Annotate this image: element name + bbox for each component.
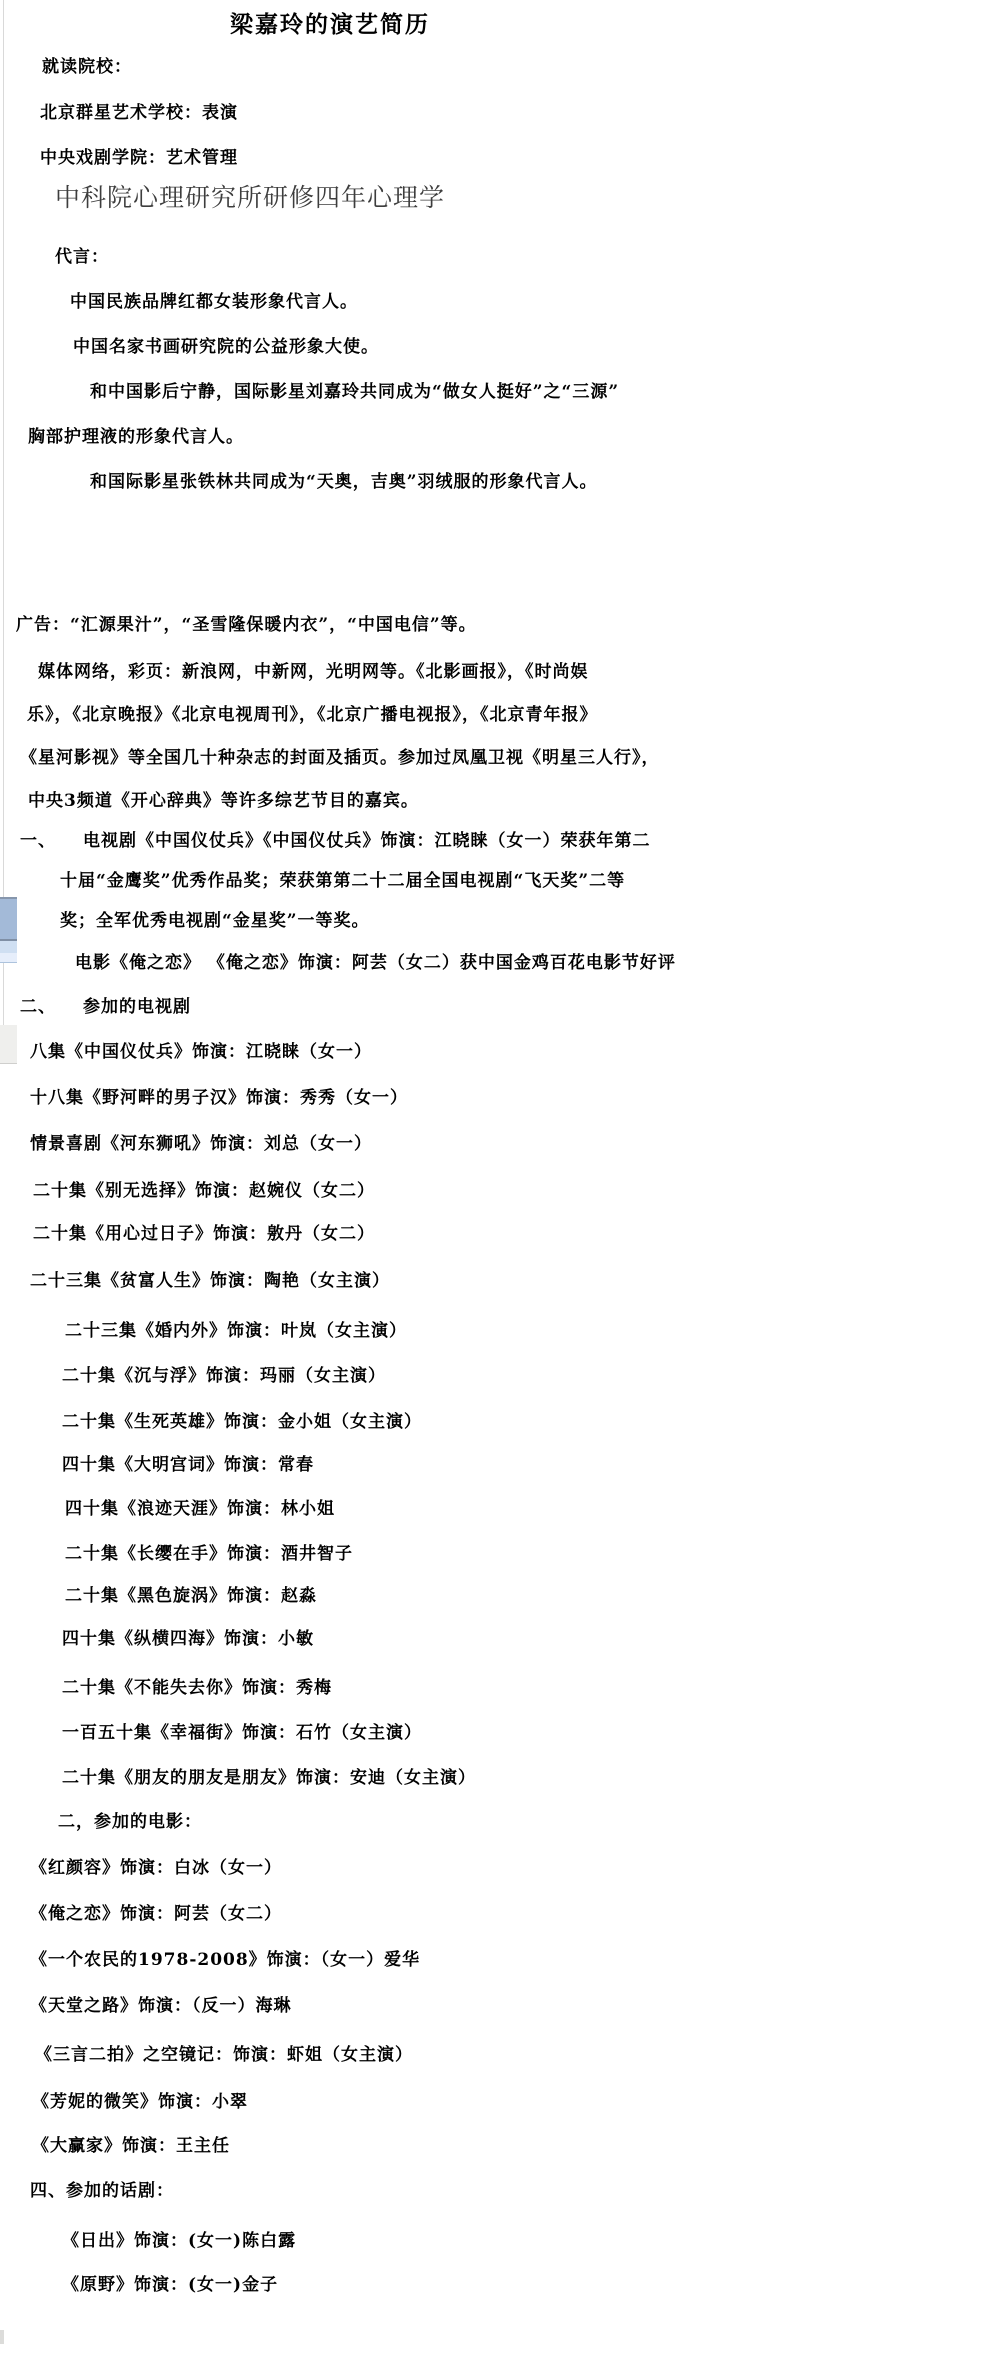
tv-series-item: 一百五十集《幸福街》饰演：石竹（女主演） — [62, 1718, 422, 1743]
play-item: 《原野》饰演：(女一)金子 — [62, 2270, 278, 2295]
film-item: 《大赢家》饰演：王主任 — [32, 2131, 230, 2156]
tv-series-item: 四十集《大明宫词》饰演：常春 — [62, 1450, 314, 1475]
education-heading: 就读院校： — [42, 52, 132, 77]
section-two-marker: 二、 — [20, 992, 56, 1017]
film-item: 《一个农民的1978-2008》饰演：（女一）爱华 — [30, 1945, 420, 1970]
endorsement-line: 胸部护理液的形象代言人。 — [28, 422, 244, 447]
tv-series-item: 二十三集《婚内外》饰演：叶岚（女主演） — [65, 1316, 407, 1341]
tv-series-item: 二十集《不能失去你》饰演：秀梅 — [62, 1673, 332, 1698]
education-item: 北京群星艺术学校：表演 — [40, 98, 238, 123]
tv-series-item: 二十集《生死英雄》饰演：金小姐（女主演） — [62, 1407, 422, 1432]
tv-series-item: 八集《中国仪仗兵》饰演：江晓睐（女一） — [30, 1037, 372, 1062]
endorsement-heading: 代言： — [55, 242, 109, 267]
tv-series-item: 二十集《用心过日子》饰演：敫丹（女二） — [33, 1219, 375, 1244]
film-award-line: 电影《俺之恋》 《俺之恋》饰演：阿芸（女二）获中国金鸡百花电影节好评 — [75, 948, 676, 973]
media-line: 乐》，《北京晚报》《北京电视周刊》，《北京广播电视报》，《北京青年报》 — [27, 700, 598, 725]
ads-line: 广告：“汇源果汁”，“圣雪隆保暖内衣”，“中国电信”等。 — [16, 610, 477, 635]
award-line: 奖；全军优秀电视剧“金星奖”一等奖。 — [60, 906, 370, 931]
endorsement-line: 中国名家书画研究院的公益形象大使。 — [73, 332, 379, 357]
award-line: 十届“金鹰奖”优秀作品奖；荣获第第二十二届全国电视剧“飞天奖”二等 — [60, 866, 625, 891]
education-item: 中央戏剧学院：艺术管理 — [40, 143, 238, 168]
left-edge-panel-fragment — [0, 941, 17, 953]
left-edge-panel-fragment — [0, 897, 17, 941]
endorsement-line: 和中国影后宁静，国际影星刘嘉玲共同成为“做女人挺好”之“三源” — [90, 377, 619, 402]
award-line: 电视剧《中国仪仗兵》《中国仪仗兵》饰演：江晓睐（女一）荣获年第二 — [83, 826, 651, 851]
media-line: 《星河影视》等全国几十种杂志的封面及插页。参加过凤凰卫视《明星三人行》， — [20, 743, 660, 768]
tv-series-item: 二十集《朋友的朋友是朋友》饰演：安迪（女主演） — [62, 1763, 476, 1788]
tv-series-heading: 参加的电视剧 — [83, 992, 191, 1017]
media-line: 媒体网络，彩页：新浪网，中新网，光明网等。《北影画报》，《时尚娱 — [38, 657, 589, 682]
psychology-note: 中科院心理研究所研修四年心理学 — [55, 178, 445, 214]
left-edge-panel-fragment — [0, 953, 17, 963]
tv-series-item: 十八集《野河畔的男子汉》饰演：秀秀（女一） — [30, 1083, 408, 1108]
film-item: 《红颜容》饰演：白冰（女一） — [30, 1853, 282, 1878]
tv-series-item: 四十集《浪迹天涯》饰演：林小姐 — [65, 1494, 335, 1519]
play-item: 《日出》饰演：(女一)陈白露 — [62, 2226, 296, 2251]
tv-series-item: 情景喜剧《河东狮吼》饰演：刘总（女一） — [30, 1129, 372, 1154]
plays-heading: 四、参加的话剧： — [30, 2176, 174, 2201]
endorsement-line: 中国民族品牌红都女装形象代言人。 — [70, 287, 358, 312]
film-item: 《芳妮的微笑》饰演：小翠 — [32, 2087, 248, 2112]
tv-series-item: 二十集《别无选择》饰演：赵婉仪（女二） — [33, 1176, 375, 1201]
film-item: 《天堂之路》饰演：（反一）海琳 — [30, 1991, 292, 2016]
endorsement-line: 和国际影星张铁林共同成为“天奥，吉奥”羽绒服的形象代言人。 — [90, 467, 598, 492]
page-title: 梁嘉玲的演艺简历 — [0, 6, 660, 39]
tv-series-item: 二十集《沉与浮》饰演：玛丽（女主演） — [62, 1361, 386, 1386]
tv-series-item: 四十集《纵横四海》饰演：小敏 — [62, 1624, 314, 1649]
left-edge-panel-fragment — [0, 2330, 4, 2344]
section-one-marker: 一、 — [20, 826, 56, 851]
film-item: 《俺之恋》饰演：阿芸（女二） — [30, 1899, 282, 1924]
media-line: 中央3频道《开心辞典》等许多综艺节目的嘉宾。 — [28, 786, 419, 811]
resume-page: 梁嘉玲的演艺简历 就读院校： 北京群星艺术学校：表演 中央戏剧学院：艺术管理 中… — [0, 0, 997, 2373]
film-item: 《三言二拍》之空镜记：饰演：虾姐（女主演） — [35, 2040, 413, 2065]
left-edge-panel-fragment — [0, 1025, 17, 1064]
tv-series-item: 二十集《长缨在手》饰演：酒井智子 — [65, 1539, 353, 1564]
tv-series-item: 二十三集《贫富人生》饰演：陶艳（女主演） — [30, 1266, 390, 1291]
films-heading: 二，参加的电影： — [58, 1807, 202, 1832]
tv-series-item: 二十集《黑色旋涡》饰演：赵淼 — [65, 1581, 317, 1606]
